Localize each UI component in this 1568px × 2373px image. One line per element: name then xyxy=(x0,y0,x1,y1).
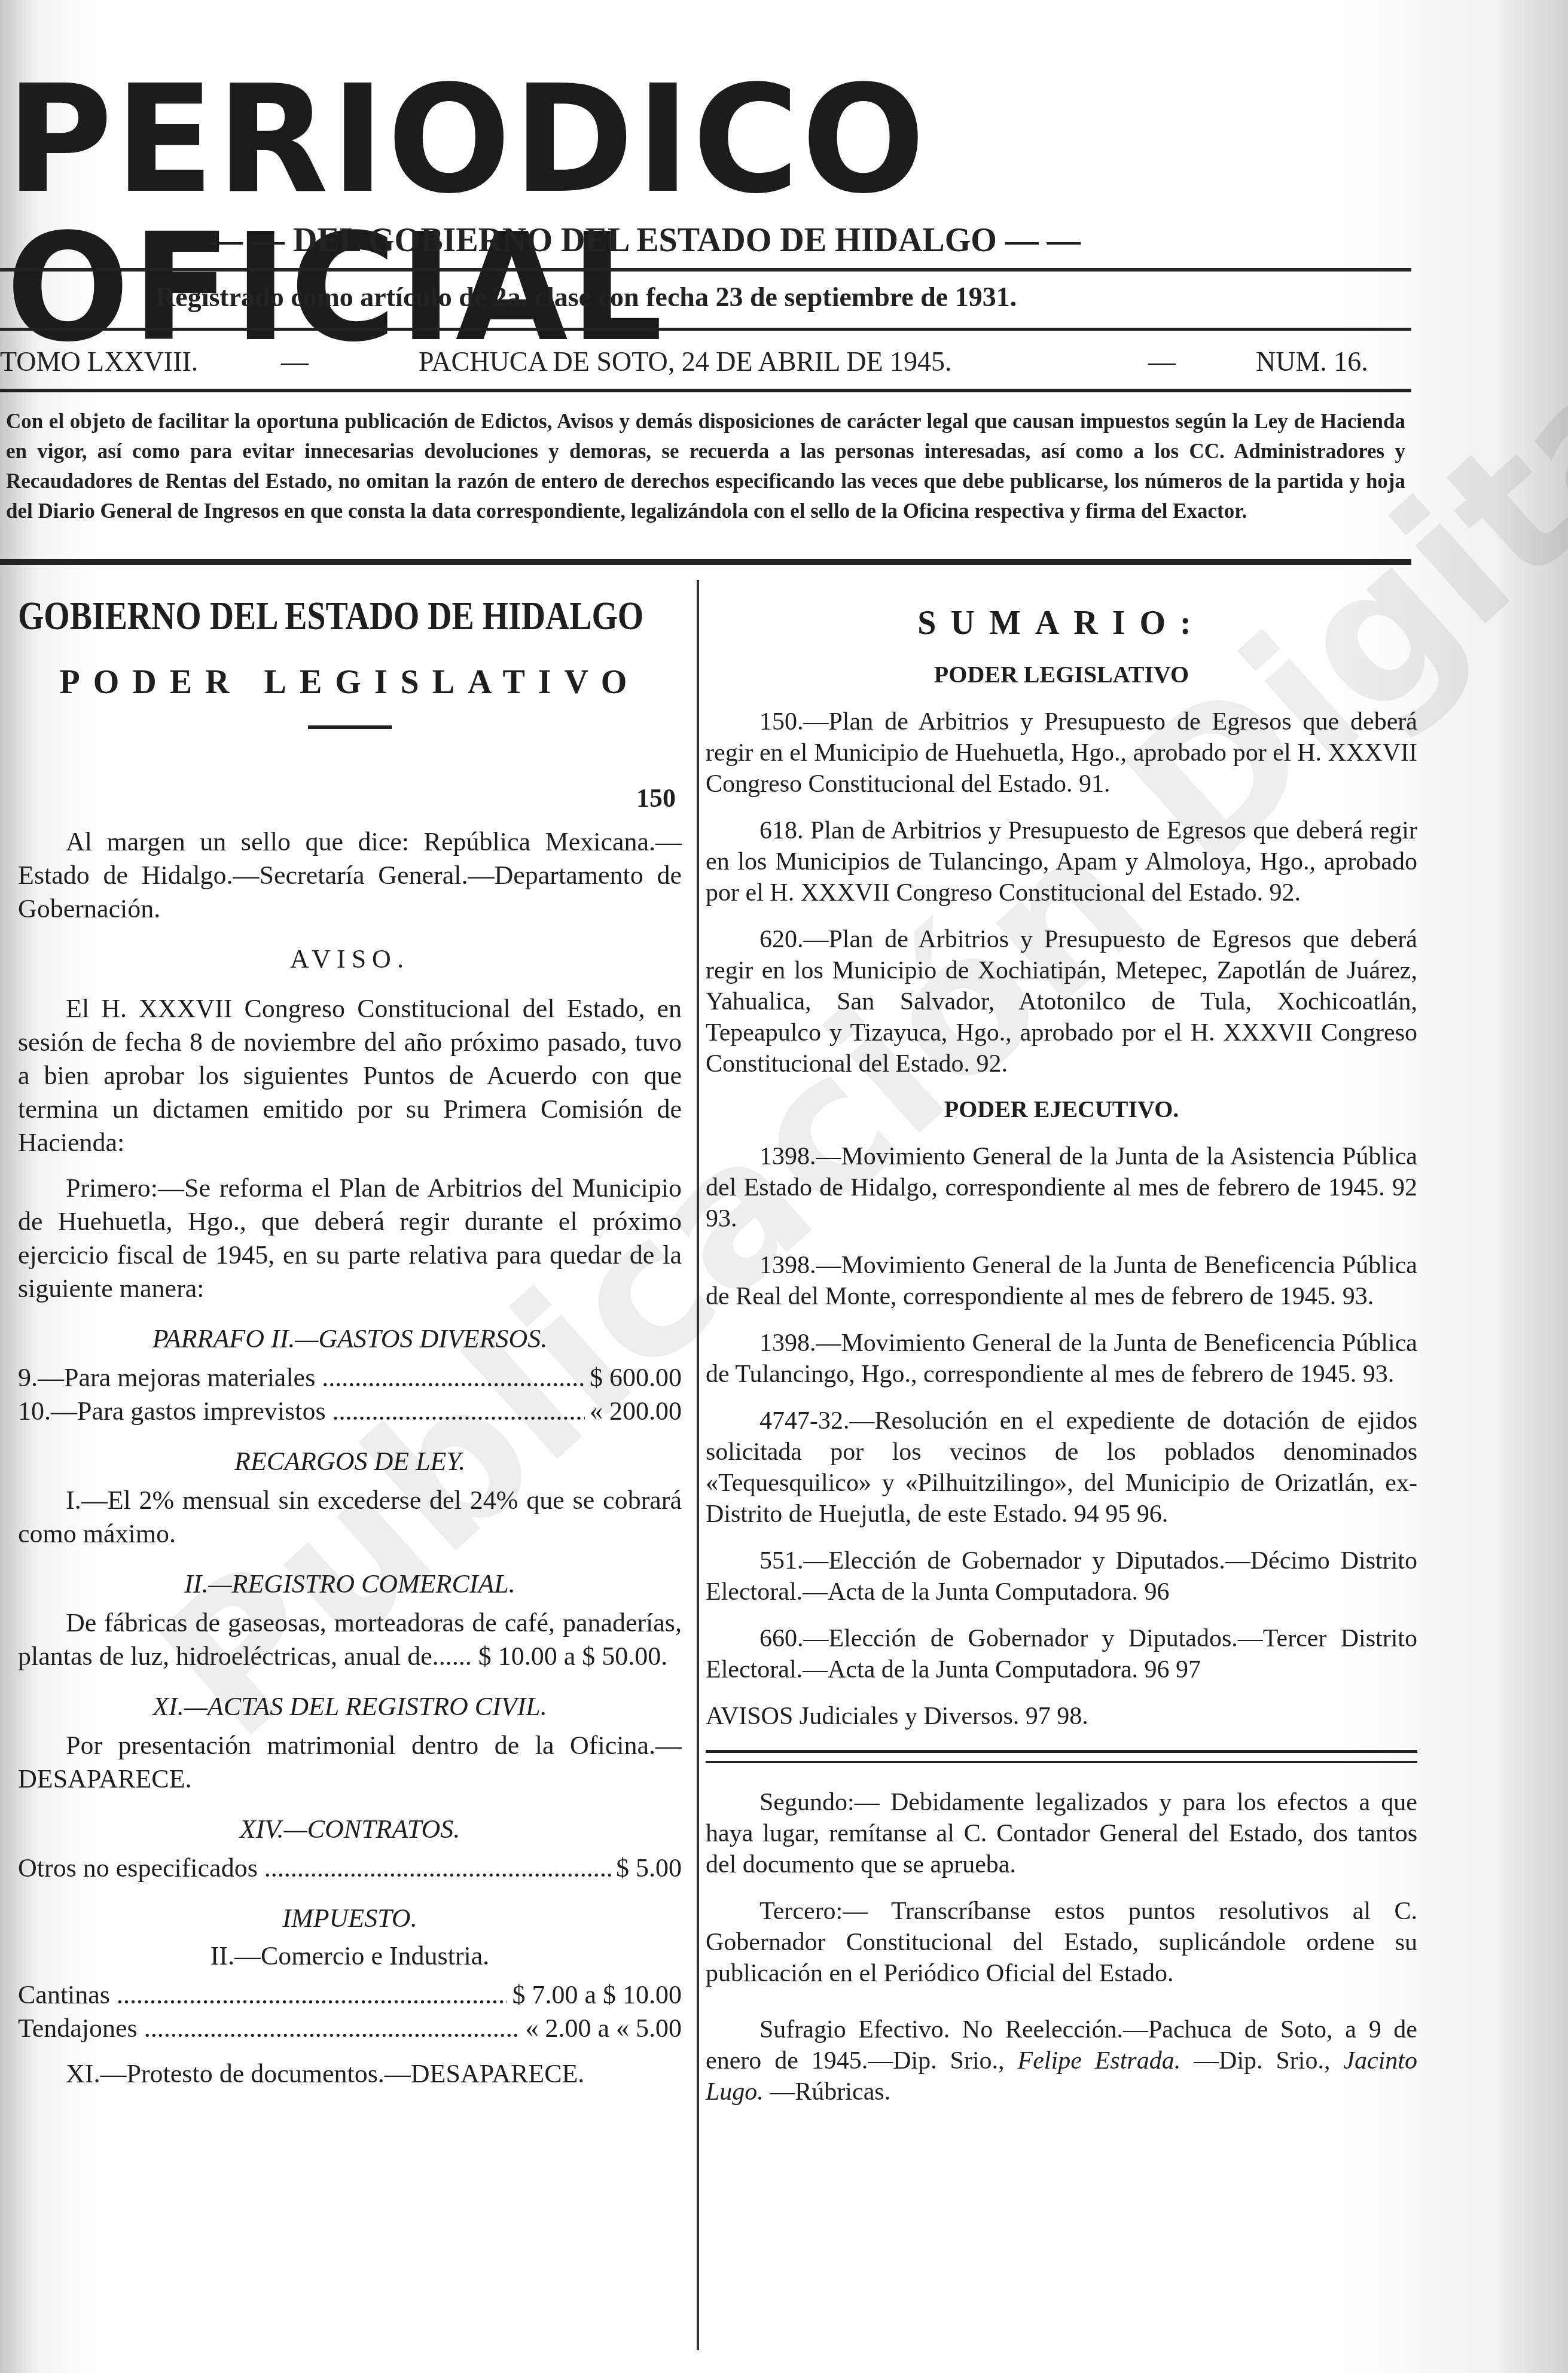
summary-item: 660.—Elección de Gobernador y Diputados.… xyxy=(706,1623,1417,1685)
dateline: TOMO LXXVIII. — PACHUCA DE SOTO, 24 DE A… xyxy=(0,341,1411,383)
comercio-heading: II.—Comercio e Industria. xyxy=(18,1941,682,1971)
summary-item: 1398.—Movimiento General de la Junta de … xyxy=(706,1141,1417,1234)
divider xyxy=(308,725,392,729)
registro-body: De fábricas de gaseosas, morteadoras de … xyxy=(18,1606,682,1673)
divider xyxy=(0,559,1411,565)
parrafo-heading: PARRAFO II.—GASTOS DIVERSOS. xyxy=(18,1323,682,1354)
aviso-title: AVISO. xyxy=(18,944,682,974)
divider xyxy=(706,1750,1417,1763)
avisos-item: AVISOS Judiciales y Diversos. 97 98. xyxy=(706,1701,1417,1732)
sumario-title: SUMARIO: xyxy=(706,604,1417,642)
summary-item: 150.—Plan de Arbitrios y Presupuesto de … xyxy=(706,706,1417,800)
summary-item: 620.—Plan de Arbitrios y Presupuesto de … xyxy=(706,924,1417,1079)
registro-heading: II.—REGISTRO COMERCIAL. xyxy=(18,1569,682,1599)
tax-line: Cantinas $ 7.00 a $ 10.00 xyxy=(18,1978,682,2012)
expense-line: 10.—Para gastos imprevistos « 200.00 xyxy=(18,1395,682,1428)
registration-line: Registrado como artículo de 2a. clase co… xyxy=(155,281,1017,313)
publication-notice: Con el objeto de facilitar la oportuna p… xyxy=(6,407,1405,526)
signer-name: Felipe Estrada. xyxy=(1018,2047,1181,2075)
contract-line: Otros no especificados $ 5.00 xyxy=(18,1852,682,1885)
ejecutivo-heading: PODER EJECUTIVO. xyxy=(706,1095,1417,1123)
masthead-title: PERIODICO OFICIAL xyxy=(6,66,1401,362)
summary-item: 4747-32.—Resolución en el expediente de … xyxy=(706,1405,1417,1530)
recargos-heading: RECARGOS DE LEY. xyxy=(18,1446,682,1477)
summary-item: 1398.—Movimiento General de la Junta de … xyxy=(706,1328,1417,1390)
issue-date: PACHUCA DE SOTO, 24 DE ABRIL DE 1945. xyxy=(419,346,952,377)
column-divider xyxy=(697,580,699,2350)
issue-number: NUM. 16. xyxy=(1256,346,1368,377)
divider xyxy=(0,268,1411,272)
actas-heading: XI.—ACTAS DEL REGISTRO CIVIL. xyxy=(18,1691,682,1722)
divider xyxy=(0,328,1411,331)
signature-block: Sufragio Efectivo. No Reelección.—Pachuc… xyxy=(706,2014,1417,2107)
margin-note: Al margen un sello que dice: República M… xyxy=(18,825,682,926)
right-column: SUMARIO: PODER LEGISLATIVO 150.—Plan de … xyxy=(706,592,1417,2133)
volume: TOMO LXXVIII. xyxy=(0,346,198,377)
masthead-subtitle: — — DEL GOBIERNO DEL ESTADO DE HIDALGO —… xyxy=(209,221,1081,260)
legislativo-heading: PODER LEGISLATIVO xyxy=(706,660,1417,688)
actas-body: Por presentación matrimonial dentro de l… xyxy=(18,1729,682,1796)
summary-item: 1398.—Movimiento General de la Junta de … xyxy=(706,1250,1417,1312)
section-heading: PODER LEGISLATIVO xyxy=(18,663,682,701)
tax-line: Tendajones « 2.00 a « 5.00 xyxy=(18,2012,682,2045)
protesto-line: XI.—Protesto de documentos.—DESAPARECE. xyxy=(18,2057,682,2091)
recargos-body: I.—El 2% mensual sin excederse del 24% q… xyxy=(18,1484,682,1551)
left-column: GOBIERNO DEL ESTADO DE HIDALGO PODER LEG… xyxy=(18,592,682,2103)
dash: — xyxy=(1148,346,1176,377)
primero-paragraph: Primero:—Se reforma el Plan de Arbitrios… xyxy=(18,1172,682,1306)
contratos-heading: XIV.—CONTRATOS. xyxy=(18,1814,682,1844)
government-title: GOBIERNO DEL ESTADO DE HIDALGO xyxy=(18,592,562,639)
dash: — xyxy=(281,346,309,377)
divider xyxy=(0,389,1411,392)
aviso-body: El H. XXXVII Congreso Constitucional del… xyxy=(18,992,682,1160)
document-number: 150 xyxy=(18,783,676,813)
summary-item: 618. Plan de Arbitrios y Presupuesto de … xyxy=(706,815,1417,908)
segundo-paragraph: Segundo:— Debidamente legalizados y para… xyxy=(706,1787,1417,1880)
summary-item: 551.—Elección de Gobernador y Diputados.… xyxy=(706,1545,1417,1608)
newspaper-page: Publicación Digitalizada PERIODICO OFICI… xyxy=(0,0,1568,2373)
tercero-paragraph: Tercero:— Transcríbanse estos puntos res… xyxy=(706,1896,1417,1989)
expense-line: 9.—Para mejoras materiales $ 600.00 xyxy=(18,1361,682,1395)
impuesto-heading: IMPUESTO. xyxy=(18,1903,682,1933)
